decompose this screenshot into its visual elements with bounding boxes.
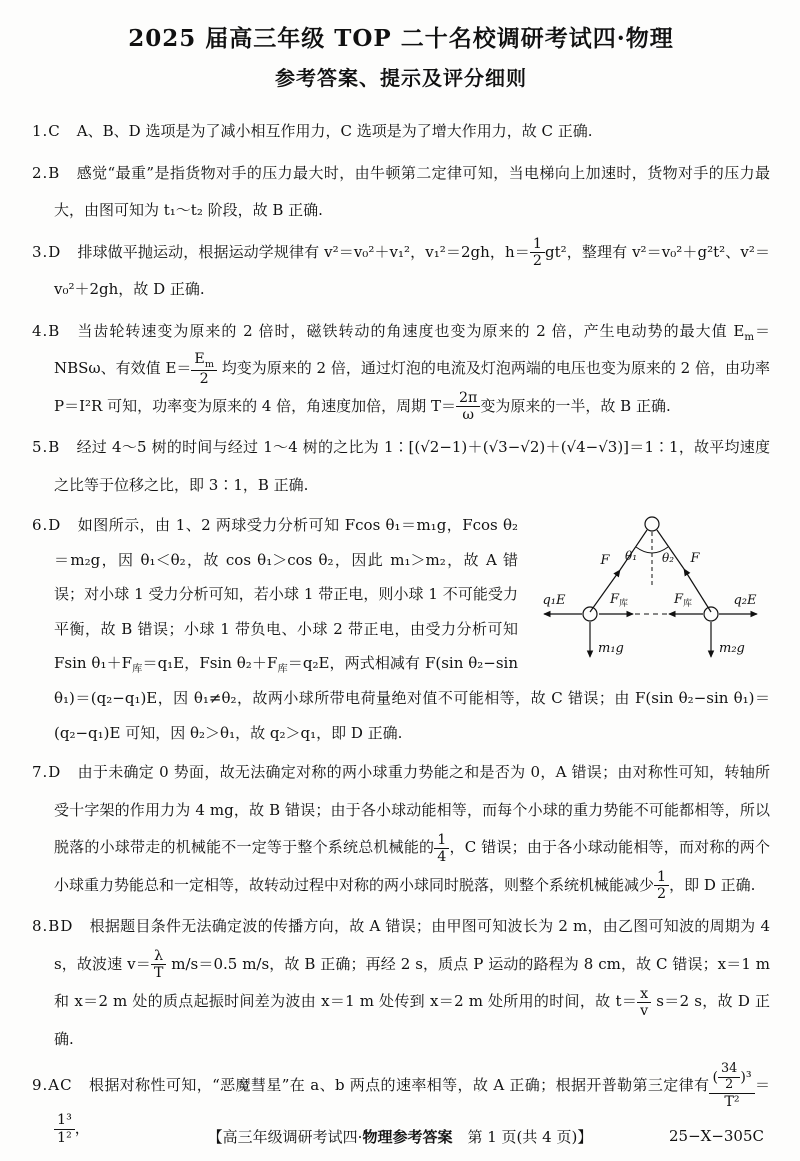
answer-item-5: 5.B经过 4～5 树的时间与经过 1～4 树的之比为 1∶[(√2−1)＋(√… — [32, 429, 770, 504]
answer-list: 1.CA、B、D 选项是为了减小相互作用力，C 选项是为了增大作用力，故 C 正… — [32, 113, 770, 1148]
answer-item-8: 8.BD根据题目条件无法确定波的传播方向，故 A 错误；由甲图可知波长为 2 m… — [32, 908, 770, 1058]
answer-body: 根据题目条件无法确定波的传播方向，故 A 错误；由甲图可知波长为 2 m，由乙图… — [54, 917, 770, 1048]
answer-item-3: 3.D排球做平抛运动，根据运动学规律有 v²＝v₀²＋v₁²，v₁²＝2gh，h… — [32, 234, 770, 309]
answer-body: 感觉“最重”是指货物对手的压力最大时，由牛顿第二定律可知，当电梯向上加速时，货物… — [54, 164, 770, 220]
ball-1 — [583, 607, 597, 621]
pivot-circle — [645, 517, 659, 531]
answer-number: 2.B — [32, 164, 60, 182]
answer-body: 排球做平抛运动，根据运动学规律有 v²＝v₀²＋v₁²，v₁²＝2gh，h＝12… — [54, 243, 770, 299]
page-title: 2025 届高三年级 TOP 二十名校调研考试四·物理 — [32, 20, 770, 53]
answer-number: 5.B — [32, 438, 60, 456]
page-subtitle: 参考答案、提示及评分细则 — [32, 62, 770, 91]
answer-item-2: 2.B感觉“最重”是指货物对手的压力最大时，由牛顿第二定律可知，当电梯向上加速时… — [32, 155, 770, 230]
answer-item-4: 4.B当齿轮转速变为原来的 2 倍时，磁铁转动的角速度也变为原来的 2 倍，产生… — [32, 313, 770, 426]
m2g-label: m₂g — [719, 641, 745, 656]
answer-number: 1.C — [32, 122, 61, 140]
answer-item-7: 7.D由于未确定 0 势面，故无法确定对称的两小球重力势能之和是否为 0，A 错… — [32, 754, 770, 904]
answer-body: 由于未确定 0 势面，故无法确定对称的两小球重力势能之和是否为 0，A 错误；由… — [54, 763, 770, 894]
answer-number: 7.D — [32, 763, 61, 781]
m1g-label: m₁g — [598, 641, 624, 656]
answer-item-1: 1.CA、B、D 选项是为了减小相互作用力，C 选项是为了增大作用力，故 C 正… — [32, 113, 770, 151]
footer-title: 【高三年级调研考试四·物理参考答案 第 1 页(共 4 页)】 — [208, 1128, 593, 1146]
theta1-label: θ₁ — [625, 549, 637, 563]
answer-number: 6.D — [32, 516, 61, 534]
answer-number: 3.D — [32, 243, 61, 261]
q1E-label: q₁E — [542, 593, 566, 608]
footer-exam-code: 25−X−305C — [669, 1127, 764, 1145]
answer-body: A、B、D 选项是为了减小相互作用力，C 选项是为了增大作用力，故 C 正确. — [77, 122, 593, 140]
q2E-label: q₂E — [733, 593, 757, 608]
coulomb-force-label-right: F库 — [673, 592, 692, 609]
theta2-label: θ₂ — [662, 551, 674, 565]
answer-number: 9.AC — [32, 1076, 73, 1094]
tension-F-left-label: F — [599, 553, 610, 568]
answer-number: 4.B — [32, 322, 60, 340]
ball-2 — [704, 607, 718, 621]
answer-number: 8.BD — [32, 917, 73, 935]
tension-F-right-label: F — [689, 551, 700, 566]
q6-force-diagram: θ₁ θ₂ F F q₁E q₂E F库 F库 m₁g m₂g — [528, 510, 770, 668]
page-footer: 【高三年级调研考试四·物理参考答案 第 1 页(共 4 页)】 25−X−305… — [0, 1126, 800, 1147]
exam-answer-page: 2025 届高三年级 TOP 二十名校调研考试四·物理 参考答案、提示及评分细则… — [0, 0, 800, 1161]
q6-force-diagram-svg: θ₁ θ₂ F F q₁E q₂E F库 F库 m₁g m₂g — [528, 510, 770, 668]
answer-body: 当齿轮转速变为原来的 2 倍时，磁铁转动的角速度也变为原来的 2 倍，产生电动势… — [54, 322, 770, 415]
answer-body: 经过 4～5 树的时间与经过 1～4 树的之比为 1∶[(√2−1)＋(√3−√… — [54, 438, 770, 494]
coulomb-force-label-left: F库 — [609, 592, 628, 609]
answer-item-6: θ₁ θ₂ F F q₁E q₂E F库 F库 m₁g m₂g 6.D如图所示，… — [32, 508, 770, 750]
